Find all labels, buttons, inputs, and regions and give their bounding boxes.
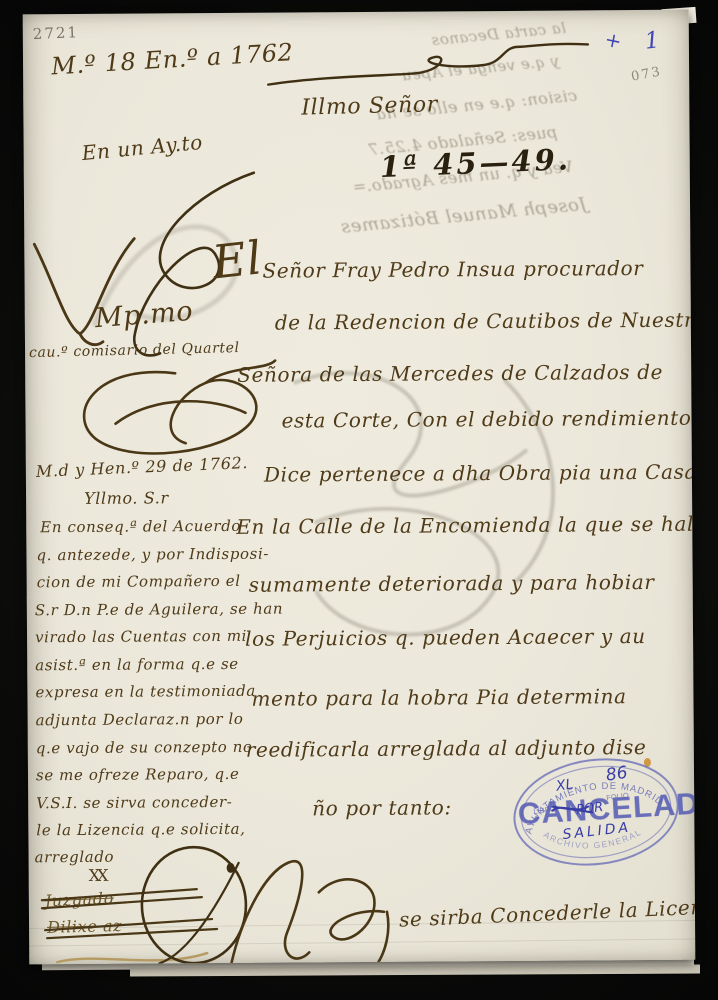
margin-line: En conseq.ª del Acuerdo <box>40 519 241 535</box>
margin-line: S.r D.n P.e de Aguilera, se han <box>35 602 283 619</box>
margin-line: arreglado <box>35 850 115 866</box>
margin-commissary-line: cau.º comisario del Quartel <box>29 341 240 360</box>
folio-range: 1ª 45—49. <box>379 145 571 182</box>
date-header: M.º 18 En.º a 1762 <box>51 40 295 78</box>
salutation: Illmo Señor <box>301 94 438 119</box>
closing-oval-flourish <box>128 843 259 965</box>
margin-line: q.e vajo de su conzepto no <box>36 740 253 757</box>
margin-initial-flourish <box>24 223 145 354</box>
stamp-hand-libro-value: XL <box>555 777 574 793</box>
margin-line: adjunta Declaraz.n por lo <box>36 712 244 728</box>
margin-line: expresa en la testimoniada <box>35 684 256 701</box>
body-line: mento para la hobra Pia determina <box>251 686 626 709</box>
bleedthrough-line: la carta Decanos <box>430 21 566 49</box>
body-line: de la Redencion de Cautibos de Nuestra <box>275 310 696 333</box>
margin-line: se me ofreze Reparo, q.e <box>36 767 240 783</box>
margin-line: V.S.I. se sirva conceder- <box>36 795 232 811</box>
archival-number: 2721 <box>33 25 80 42</box>
body-line: En la Calle de la Encomienda la que se h… <box>236 514 695 537</box>
numbering-stamp: 073 <box>630 65 663 83</box>
body-line: Señora de las Mercedes de Calzados de <box>237 362 663 385</box>
margin-line: asist.ª en la forma q.e se <box>35 657 239 673</box>
blue-folio-number: 1 <box>644 29 662 54</box>
margin-line: le la Lizencia q.e solicita, <box>36 822 245 838</box>
blue-cross-mark: + <box>603 29 624 52</box>
stamp-hand-por: POR <box>576 801 604 817</box>
body-line: Señor Fray Pedro Insua procurador <box>262 258 643 281</box>
body-line: Dice pertenece a dha Obra pia una Casa <box>264 462 695 485</box>
body-line: sumamente deteriorada y para hobiar <box>249 572 655 595</box>
stamp-hand-folio-value: 86 <box>605 765 629 785</box>
closing-monogram <box>169 852 410 965</box>
margin-line: q. antezede, y por Indisposi- <box>36 547 269 564</box>
double-cross-mark: XX <box>89 868 106 884</box>
margin-date-line: M.d y Hen.º 29 de 1762. <box>36 455 249 480</box>
fold-crease <box>29 939 695 947</box>
closing-line: se sirba Concederle la Licencia <box>399 896 696 930</box>
margin-line: virado las Cuentas con mi <box>35 629 247 645</box>
bleedthrough-line: Joseph Manuel Bótizames <box>340 196 588 237</box>
body-initial: El <box>210 234 264 285</box>
body-line: ño por tanto: <box>312 797 452 818</box>
fold-crease <box>29 920 695 929</box>
manuscript-page: la carta Decanos y q.e venga el Apeu cis… <box>23 10 696 965</box>
margin-flourish-text: Mp.mo <box>94 298 194 332</box>
margin-line: cion de mi Compañero el <box>37 574 241 590</box>
body-line: esta Corte, Con el debido rendimiento <box>281 408 691 431</box>
meeting-note: En un Ay.to <box>81 132 204 163</box>
margin-addressee: Yllmo. S.r <box>84 490 169 507</box>
bleedthrough-line: y q.e venga el Apeu <box>401 54 560 84</box>
body-line: los Perjuicios q. pueden Acaecer y au <box>245 626 646 649</box>
ink-blot <box>227 863 235 873</box>
struck-text: Juzgado <box>45 891 115 910</box>
